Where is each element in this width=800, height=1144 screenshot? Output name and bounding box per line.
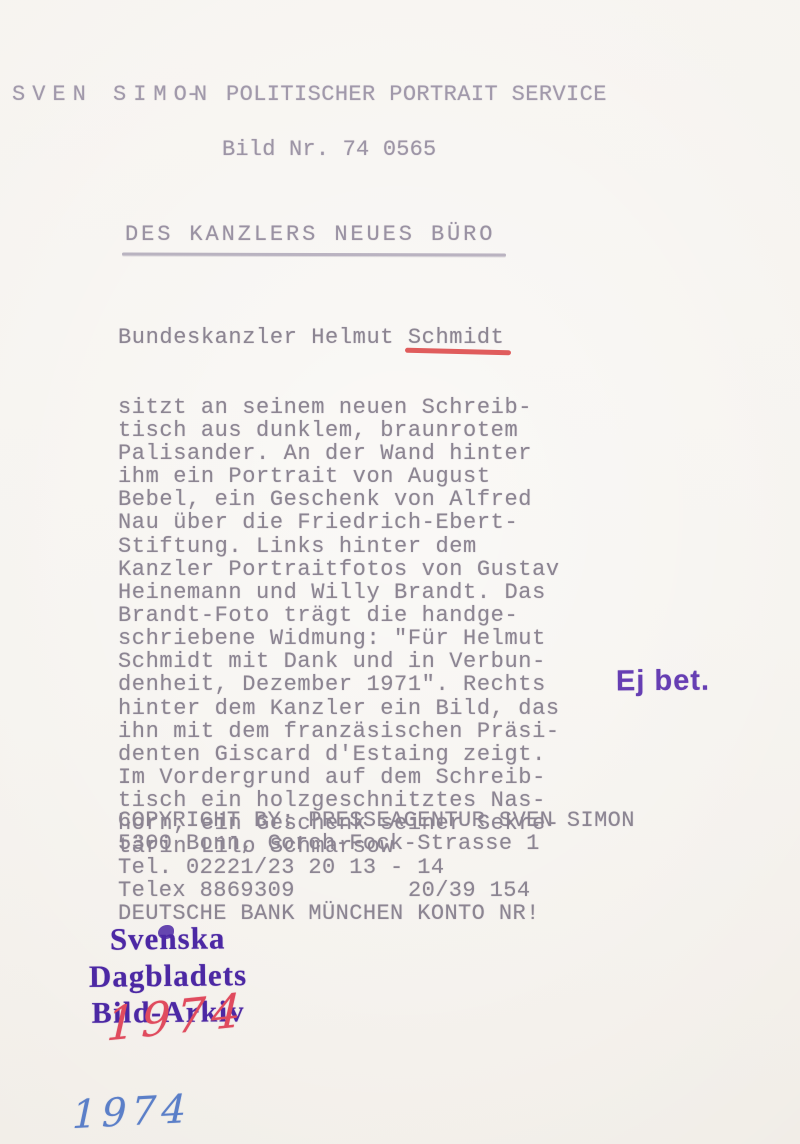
body-line: Kanzler Portraitfotos von Gustav <box>118 558 560 581</box>
header-separator: - <box>186 82 199 107</box>
agency-name: SVEN SIMON <box>12 82 214 107</box>
body-line: ihn mit dem franzäsischen Präsi- <box>118 720 560 743</box>
photo-back-scan: SVEN SIMON - POLITISCHER PORTRAIT SERVIC… <box>0 0 800 1144</box>
body-line: sitzt an seinem neuen Schreib- <box>118 396 560 419</box>
body-line: hinter dem Kanzler ein Bild, das <box>118 697 560 720</box>
body-line: tisch aus dunklem, braunrotem <box>118 419 560 442</box>
body-first-line-prefix: Bundeskanzler Helmut <box>118 325 408 350</box>
red-underlined-word: Schmidt <box>408 325 505 350</box>
copyright-line: Tel. 02221/23 20 13 - 14 <box>118 856 635 879</box>
bank-account-number: 20/39 154 <box>408 879 635 902</box>
body-line: Brandt-Foto trägt die handge- <box>118 604 560 627</box>
body-line: Palisander. An der Wand hinter <box>118 442 560 465</box>
body-line: denheit, Dezember 1971". Rechts <box>118 673 560 696</box>
copyright-line: 5300 Bonn, Gorch-Fock-Strasse 1 <box>118 832 635 855</box>
title-underline-rule <box>122 252 506 256</box>
body-line: schriebene Widmung: "Für Helmut <box>118 627 560 650</box>
photo-number: Bild Nr. 74 0565 <box>222 137 436 162</box>
body-line: ihm ein Portrait von August <box>118 465 560 488</box>
body-line: Stiftung. Links hinter dem <box>118 535 560 558</box>
body-line: Heinemann und Willy Brandt. Das <box>118 581 560 604</box>
article-title: DES KANZLERS NEUES BÜRO <box>125 222 495 247</box>
article-body: Bundeskanzler Helmut Schmidt sitzt an se… <box>118 280 560 465</box>
body-first-line: Bundeskanzler Helmut Schmidt <box>118 326 560 349</box>
body-line: Schmidt mit Dank und in Verbun- <box>118 650 560 673</box>
service-name: POLITISCHER PORTRAIT SERVICE <box>226 82 607 107</box>
ej-bet-stamp: Ej bet. <box>616 665 710 699</box>
copyright-lines: COPYRIGHT BY: PRESSEAGENTUR SVEN SIMON53… <box>118 809 635 832</box>
copyright-line: COPYRIGHT BY: PRESSEAGENTUR SVEN SIMON <box>118 809 635 832</box>
body-line: Bebel, ein Geschenk von Alfred <box>118 488 560 511</box>
body-line: Nau über die Friedrich-Ebert- <box>118 511 560 534</box>
handwritten-year-blue: 1974 <box>72 1087 192 1138</box>
body-lines: sitzt an seinem neuen Schreib-tisch aus … <box>118 396 560 419</box>
agency-header: SVEN SIMON - POLITISCHER PORTRAIT SERVIC… <box>0 82 800 108</box>
